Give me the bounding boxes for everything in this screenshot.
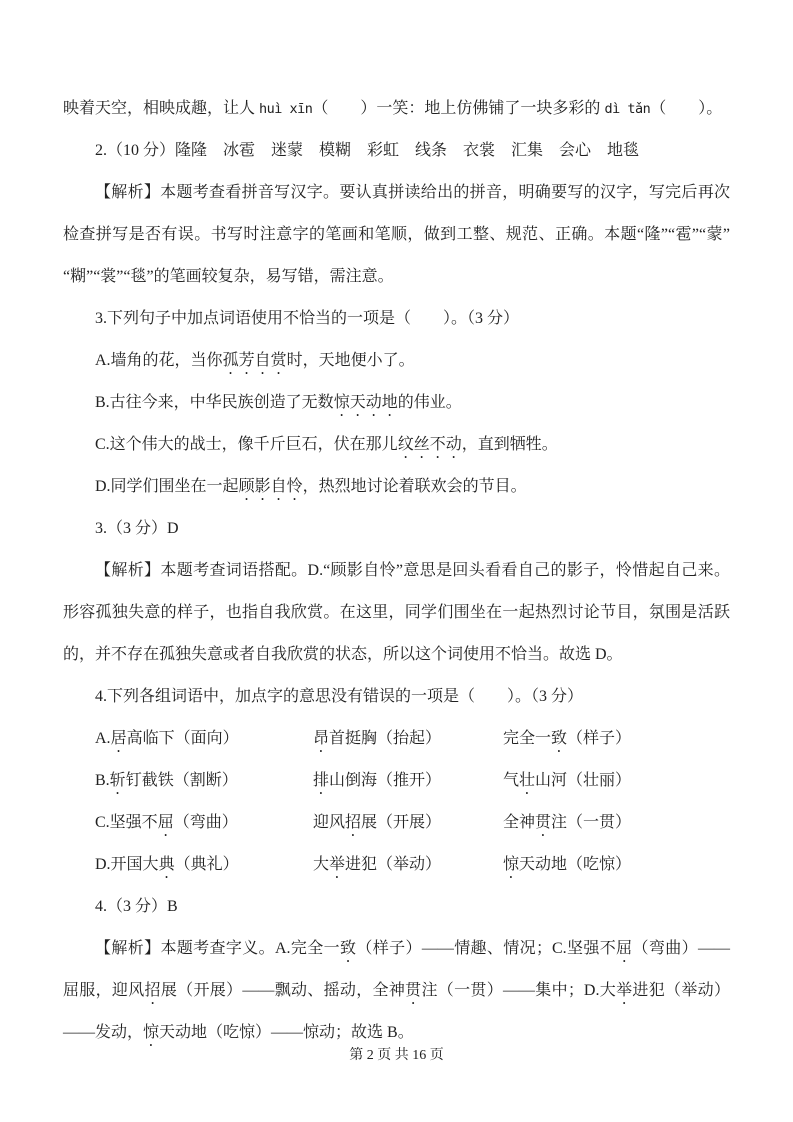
- text-run: （ ）。: [650, 100, 722, 117]
- text-run: 山倒海（推开）: [329, 772, 441, 789]
- text-run: ，热烈地讨论着联欢会的节目。: [303, 478, 527, 495]
- text-run: 进犯（举动）: [345, 856, 441, 873]
- page-footer: 第 2 页 共 16 页: [0, 1044, 793, 1064]
- emphasized-word: 贯: [535, 814, 551, 831]
- question-3-option-c: C.这个伟大的战士，像千斤巨石，伏在那儿纹丝不动，直到牺牲。: [63, 424, 730, 466]
- emphasized-word: 居: [111, 730, 127, 747]
- answer-4: 4.（3 分）B: [63, 886, 730, 928]
- question-4-row-d: D.开国大典（典礼）大举进犯（举动）惊天动地（吃惊）: [63, 844, 730, 886]
- emphasized-word: 致: [551, 730, 567, 747]
- text-run: 钉截铁（割断）: [126, 772, 238, 789]
- emphasized-word: 孤芳自赏: [223, 352, 287, 369]
- question-3-option-b: B.古往今来，中华民族创造了无数惊天动地的伟业。: [63, 382, 730, 424]
- emphasized-word: 招: [145, 982, 161, 999]
- text-run: 大: [313, 856, 329, 873]
- word-cell: 完全一致（样子）: [503, 718, 631, 760]
- text-run: 4.下列各组词语中，加点字的意思没有错误的一项是（ ）。（3 分）: [95, 688, 583, 705]
- text-run: 完全一: [503, 730, 551, 747]
- text-run: （样子）: [567, 730, 631, 747]
- text-run: D.同学们围坐在一起: [95, 478, 239, 495]
- question-4-row-b: B.斩钉截铁（割断）排山倒海（推开）气壮山河（壮丽）: [63, 760, 730, 802]
- exam-content: 映着天空，相映成趣，让人 huì xīn（ ）一笑：地上仿佛铺了一块多彩的 dì…: [63, 88, 730, 1054]
- text-run: 2.（10 分）隆隆 冰雹 迷蒙 模糊 彩虹 线条 衣裳 汇集 会心 地毯: [95, 142, 639, 159]
- word-cell: 迎风招展（开展）: [313, 802, 503, 844]
- question-4-stem: 4.下列各组词语中，加点字的意思没有错误的一项是（ ）。（3 分）: [63, 676, 730, 718]
- text-run: 的伟业。: [398, 394, 462, 411]
- question-4-row-c: C.坚强不屈（弯曲）迎风招展（开展）全神贯注（一贯）: [63, 802, 730, 844]
- emphasized-word: 招: [345, 814, 361, 831]
- emphasized-word: 屈: [158, 814, 174, 831]
- text-run: 3.（3 分）D: [95, 520, 179, 537]
- text-run: （典礼）: [175, 856, 239, 873]
- emphasized-word: 壮: [519, 772, 535, 789]
- text-run: 时，天地便小了。: [287, 352, 415, 369]
- text-run: C.这个伟大的战士，像千斤巨石，伏在那儿: [95, 436, 398, 453]
- question-3-option-a: A.墙角的花，当你孤芳自赏时，天地便小了。: [63, 340, 730, 382]
- emphasized-word: 斩: [110, 772, 126, 789]
- emphasized-word: 排: [313, 772, 329, 789]
- pinyin-text: dì tǎn: [604, 101, 650, 117]
- text-run: 注（一贯）: [551, 814, 631, 831]
- text-run: 3.下列句子中加点词语使用不恰当的一项是（ ）。（3 分）: [95, 310, 519, 327]
- emphasized-word: 举: [329, 856, 345, 873]
- word-cell: 昂首挺胸（抬起）: [313, 718, 503, 760]
- emphasized-word: 昂: [313, 730, 329, 747]
- text-run: 迎风: [313, 814, 345, 831]
- explanation-3: 【解析】本题考查词语搭配。D.“顾影自怜”意思是回头看看自己的影子，怜惜起自己来…: [63, 550, 730, 676]
- question-4-row-a: A.居高临下（面向）昂首挺胸（抬起）完全一致（样子）: [63, 718, 730, 760]
- text-run: 注（一贯）——集中；D.大: [421, 982, 616, 999]
- word-cell: C.坚强不屈（弯曲）: [95, 802, 313, 844]
- word-cell: 气壮山河（壮丽）: [503, 760, 631, 802]
- text-run: 【解析】本题考查词语搭配。D.“顾影自怜”意思是回头看看自己的影子，怜惜起自己来…: [63, 562, 730, 663]
- emphasized-word: 致: [340, 940, 356, 957]
- text-run: 天动地（吃惊）: [519, 856, 631, 873]
- text-run: 首挺胸（抬起）: [329, 730, 441, 747]
- text-run: 天动地（吃惊）——惊动；故选 B。: [159, 1024, 414, 1041]
- text-run: 【解析】本题考查字义。A.完全一: [95, 940, 340, 957]
- text-run: 全神: [503, 814, 535, 831]
- question-3-option-d: D.同学们围坐在一起顾影自怜，热烈地讨论着联欢会的节目。: [63, 466, 730, 508]
- text-run: C.坚强不: [95, 814, 158, 831]
- text-run: （弯曲）: [174, 814, 238, 831]
- text-run: 【解析】本题考查看拼音写汉字。要认真拼读给出的拼音，明确要写的汉字，写完后再次检…: [63, 184, 730, 285]
- explanation-4: 【解析】本题考查字义。A.完全一致（样子）——情趣、情况；C.坚强不屈（弯曲）—…: [63, 928, 730, 1054]
- emphasized-word: 屈: [616, 940, 632, 957]
- text-run: （ ）一笑：地上仿佛铺了一块多彩的: [312, 100, 604, 117]
- text-run: ，直到牺牲。: [462, 436, 558, 453]
- text-run: B.古往今来，中华民族创造了无数: [95, 394, 334, 411]
- text-run: 4.（3 分）B: [95, 898, 178, 915]
- text-run: 展（开展）: [361, 814, 441, 831]
- text-run: A.墙角的花，当你: [95, 352, 223, 369]
- question-3-stem: 3.下列句子中加点词语使用不恰当的一项是（ ）。（3 分）: [63, 298, 730, 340]
- emphasized-word: 惊: [503, 856, 519, 873]
- word-cell: 惊天动地（吃惊）: [503, 844, 631, 886]
- pinyin-text: huì xīn: [259, 101, 312, 117]
- emphasized-word: 举: [616, 982, 632, 999]
- emphasized-word: 惊天动地: [334, 394, 398, 411]
- pinyin-fill-line: 映着天空，相映成趣，让人 huì xīn（ ）一笑：地上仿佛铺了一块多彩的 dì…: [63, 88, 730, 130]
- text-run: A.: [95, 730, 111, 747]
- emphasized-word: 惊: [143, 1024, 159, 1041]
- text-run: 展（开展）——飘动、摇动，全神: [161, 982, 405, 999]
- emphasized-word: 贯: [405, 982, 421, 999]
- text-run: 山河（壮丽）: [535, 772, 631, 789]
- text-run: 气: [503, 772, 519, 789]
- text-run: D.开国大: [95, 856, 159, 873]
- answer-2-words: 2.（10 分）隆隆 冰雹 迷蒙 模糊 彩虹 线条 衣裳 汇集 会心 地毯: [63, 130, 730, 172]
- word-cell: 大举进犯（举动）: [313, 844, 503, 886]
- emphasized-word: 典: [159, 856, 175, 873]
- word-cell: 全神贯注（一贯）: [503, 802, 631, 844]
- text-run: （样子）——情趣、情况；C.坚强不: [356, 940, 616, 957]
- word-cell: 排山倒海（推开）: [313, 760, 503, 802]
- word-cell: D.开国大典（典礼）: [95, 844, 313, 886]
- word-cell: B.斩钉截铁（割断）: [95, 760, 313, 802]
- emphasized-word: 顾影自怜: [239, 478, 303, 495]
- explanation-2: 【解析】本题考查看拼音写汉字。要认真拼读给出的拼音，明确要写的汉字，写完后再次检…: [63, 172, 730, 298]
- text-run: B.: [95, 772, 110, 789]
- answer-3: 3.（3 分）D: [63, 508, 730, 550]
- text-run: 映着天空，相映成趣，让人: [63, 100, 259, 117]
- emphasized-word: 纹丝不动: [398, 436, 462, 453]
- text-run: 高临下（面向）: [127, 730, 239, 747]
- exam-page: 映着天空，相映成趣，让人 huì xīn（ ）一笑：地上仿佛铺了一块多彩的 dì…: [0, 0, 793, 1122]
- word-cell: A.居高临下（面向）: [95, 718, 313, 760]
